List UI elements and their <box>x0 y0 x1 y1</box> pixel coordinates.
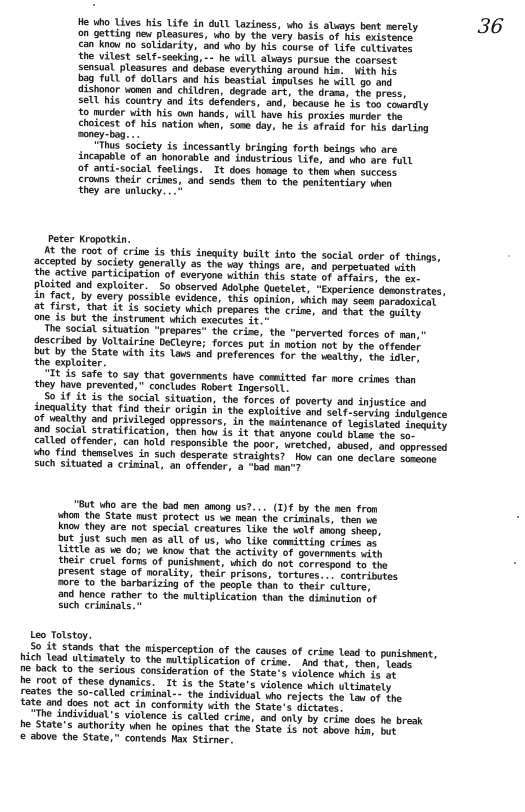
attribution-kropotkin: Peter Kropotkin. <box>48 234 132 245</box>
page-number: 36 <box>477 14 505 38</box>
body-paragraph-1: At the root of crime is this inequity bu… <box>34 245 447 469</box>
quote-tolstoy: "But who are the bad men among us?... (I… <box>58 499 398 611</box>
scan-speck <box>508 255 510 257</box>
body-paragraph-2: So it stands that the misperception of t… <box>20 641 438 742</box>
scan-speck <box>514 562 516 564</box>
scan-speck <box>93 4 95 6</box>
attribution-tolstoy: Leo Tolstoy. <box>30 630 93 641</box>
scan-speck <box>517 516 519 518</box>
quote-kropotkin: He who lives his life in dull laziness, … <box>78 17 428 196</box>
